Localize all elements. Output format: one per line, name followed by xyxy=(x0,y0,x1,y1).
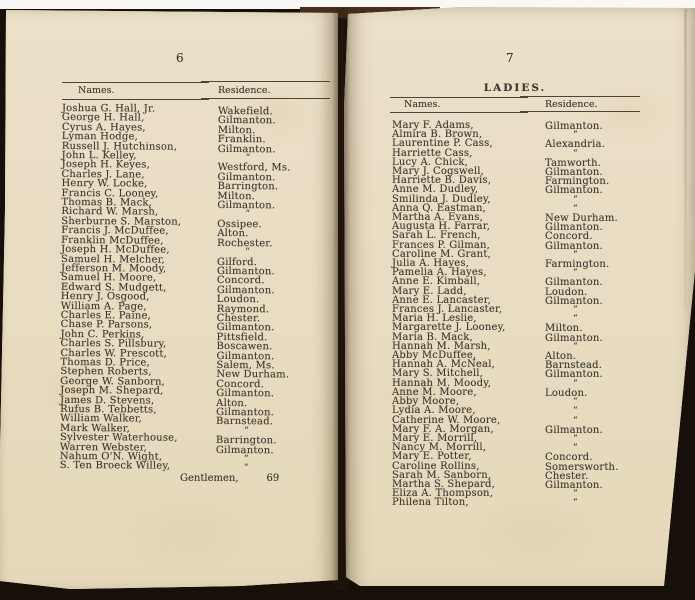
table-row: S. Ten Broeck Willey,“ xyxy=(60,461,332,472)
person-name: S. Ten Broeck Willey, xyxy=(60,461,216,471)
page-left: 6 Names. Residence. Joshua G. Hall, Jr.W… xyxy=(0,10,338,590)
residence: Loudon. xyxy=(545,389,588,398)
ladies-heading: LADIES. xyxy=(390,82,640,94)
gentlemen-count-label: Gentlemen, xyxy=(180,473,239,484)
gentlemen-count-value: 69 xyxy=(267,473,280,484)
table-header-left: Names. Residence. xyxy=(62,85,330,96)
table-rule-mid-left xyxy=(62,98,330,101)
column-header-residence: Residence. xyxy=(218,85,270,96)
residence-ditto-mark: “ xyxy=(545,499,578,508)
ladies-list: Mary F. Adams,Gilmanton.Almira B. Brown,… xyxy=(392,121,672,508)
table-row: Philena Tilton,“ xyxy=(392,498,672,507)
table-rule-mid-right xyxy=(390,111,640,114)
page-edge-crease xyxy=(684,9,687,309)
gentlemen-count-footer: Gentlemen,69 xyxy=(180,473,279,484)
page-number-right: 7 xyxy=(506,51,514,65)
page-number-left: 6 xyxy=(176,51,184,65)
column-header-names: Names. xyxy=(62,85,218,96)
column-header-residence: Residence. xyxy=(545,99,597,110)
page-right: 7 LADIES. Names. Residence. Mary F. Adam… xyxy=(340,7,695,592)
book-scan: 6 Names. Residence. Joshua G. Hall, Jr.W… xyxy=(0,0,695,600)
gentlemen-list: Joshua G. Hall, Jr.Wakefield.George H. H… xyxy=(60,104,334,472)
person-name: Philena Tilton, xyxy=(392,498,545,507)
table-header-right: Names. Residence. xyxy=(392,99,642,110)
table-rule-top-left xyxy=(62,81,330,84)
column-header-names: Names. xyxy=(392,99,545,110)
